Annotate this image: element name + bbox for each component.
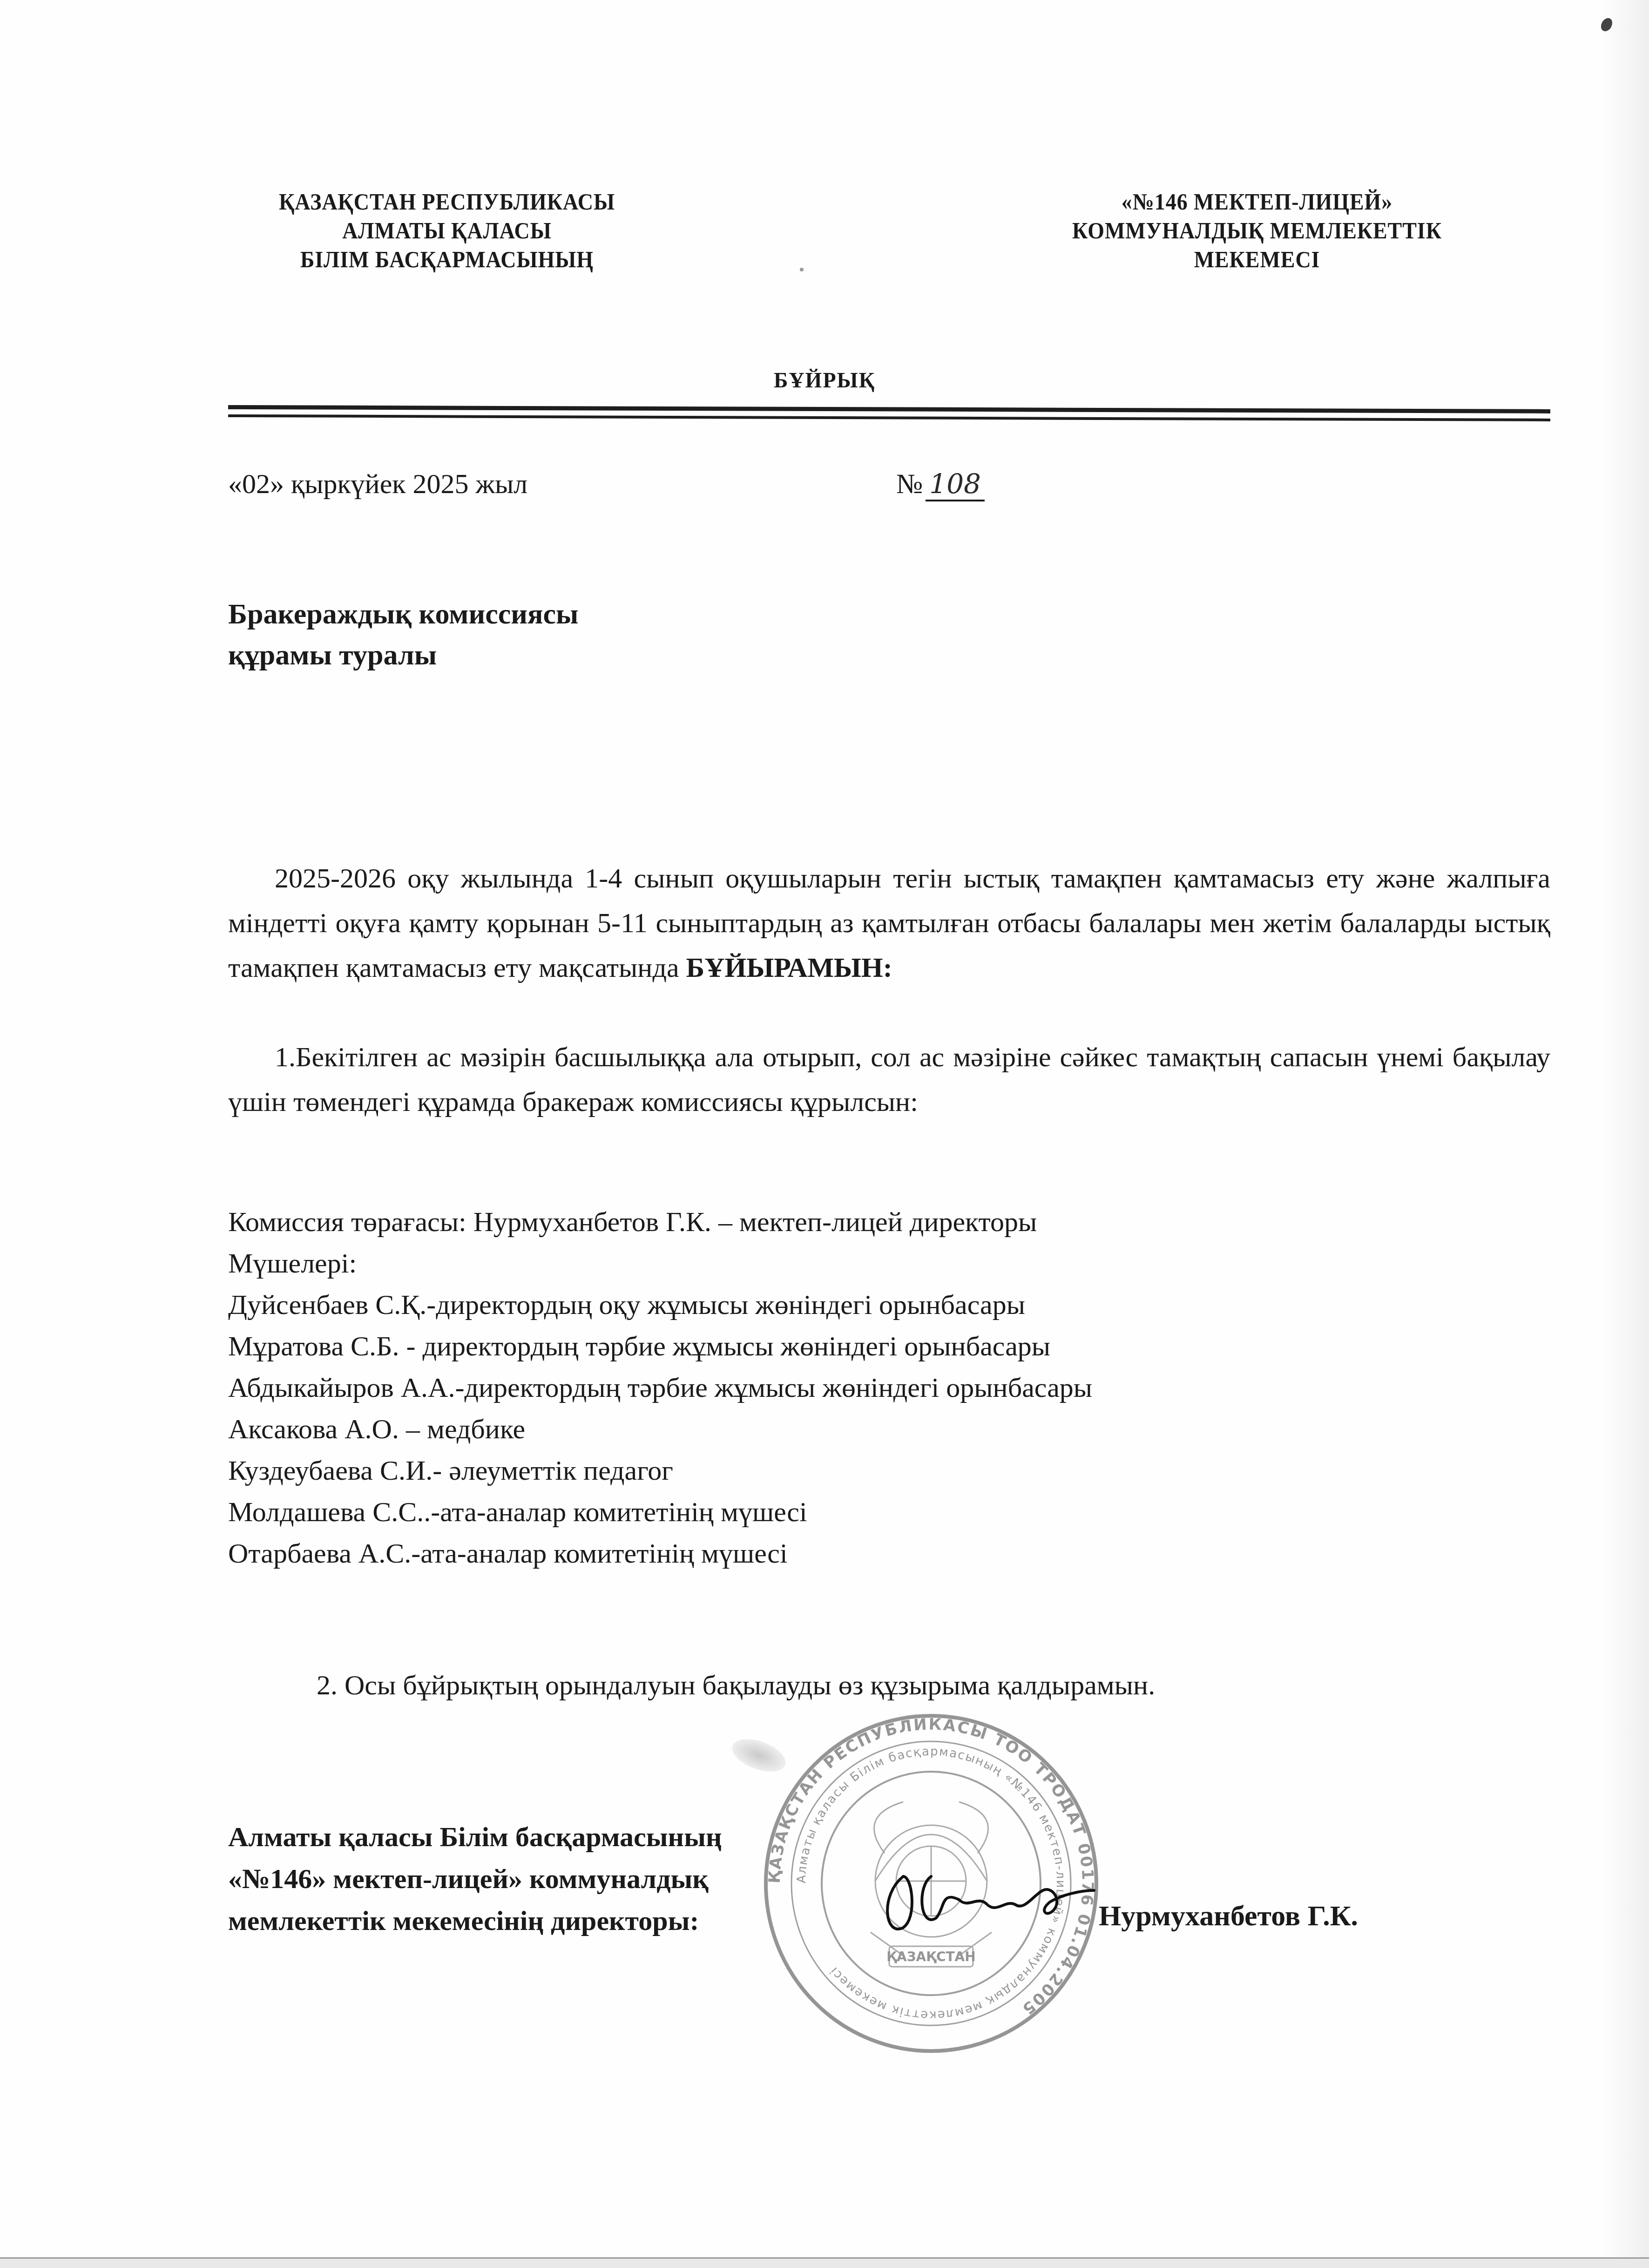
header-left-line: ҚАЗАҚСТАН РЕСПУБЛИКАСЫ	[250, 187, 644, 216]
preamble-paragraph: 2025-2026 оқу жылында 1-4 сынып оқушылар…	[228, 856, 1550, 990]
document-type-title: БҰЙРЫҚ	[0, 368, 1649, 393]
header-right-org: «№146 МЕКТЕП-ЛИЦЕЙ» КОММУНАЛДЫҚ МЕМЛЕКЕТ…	[1017, 187, 1497, 274]
number-sign: №	[896, 468, 923, 499]
commission-member: Мұратова С.Б. - директордың тәрбие жұмыс…	[228, 1326, 1092, 1367]
signatory-line: Алматы қаласы Білім басқармасының	[228, 1816, 722, 1858]
order-subject: Бракераждық комиссиясы құрамы туралы	[228, 594, 579, 676]
scanned-page: ҚАЗАҚСТАН РЕСПУБЛИКАСЫ АЛМАТЫ ҚАЛАСЫ БІЛ…	[0, 0, 1649, 2268]
scan-bottom-edge	[0, 2257, 1649, 2268]
signatory-position: Алматы қаласы Білім басқармасының «№146»…	[228, 1816, 722, 1942]
commission-chair: Комиссия төрағасы: Нурмуханбетов Г.К. – …	[228, 1201, 1092, 1243]
handwritten-signature	[875, 1858, 1117, 1951]
signatory-line: мемлекеттік мекемесінің директоры:	[228, 1900, 722, 1942]
scan-speck	[800, 268, 804, 271]
header-left-line: АЛМАТЫ ҚАЛАСЫ	[250, 216, 644, 245]
handwritten-number: 108	[926, 468, 985, 501]
commission-member: Аксакова А.О. – медбике	[228, 1408, 1092, 1450]
subject-line: Бракераждық комиссиясы	[228, 594, 579, 635]
scan-edge-shadow	[1602, 0, 1649, 2268]
item-1-paragraph: 1.Бекітілген ас мәзірін басшылыққа ала о…	[228, 1035, 1550, 1124]
header-divider-thin	[228, 414, 1550, 421]
header-right-line: МЕКЕМЕСІ	[1017, 245, 1497, 274]
header-right-line: КОММУНАЛДЫҚ МЕМЛЕКЕТТІК	[1017, 216, 1497, 245]
header-right-line: «№146 МЕКТЕП-ЛИЦЕЙ»	[1017, 187, 1497, 216]
commission-member: Дуйсенбаев С.Қ.-директордың оқу жұмысы ж…	[228, 1284, 1092, 1326]
commission-list: Комиссия төрағасы: Нурмуханбетов Г.К. – …	[228, 1201, 1092, 1574]
signatory-line: «№146» мектеп-лицей» коммуналдық	[228, 1858, 722, 1900]
header-left-org: ҚАЗАҚСТАН РЕСПУБЛИКАСЫ АЛМАТЫ ҚАЛАСЫ БІЛ…	[250, 187, 644, 274]
signatory-name: Нурмуханбетов Г.К.	[1099, 1900, 1358, 1933]
order-keyword: БҰЙЫРАМЫН:	[686, 952, 892, 983]
item-2-paragraph: 2. Осы бұйрықтың орындалуын бақылауды өз…	[317, 1669, 1155, 1701]
subject-line: құрамы туралы	[228, 635, 579, 676]
header-left-line: БІЛІМ БАСҚАРМАСЫНЫҢ	[250, 245, 644, 274]
stamp-center-label: ҚАЗАҚСТАН	[886, 1949, 975, 1964]
commission-member: Отарбаева А.С.-ата-аналар комитетінің мү…	[228, 1533, 1092, 1574]
commission-member: Абдыкайыров А.А.-директордың тәрбие жұмы…	[228, 1367, 1092, 1408]
header-divider-thick	[228, 405, 1550, 413]
commission-member: Молдашева С.С..-ата-аналар комитетінің м…	[228, 1491, 1092, 1533]
order-date: «02» қыркүйек 2025 жыл	[228, 468, 527, 500]
members-label: Мүшелері:	[228, 1243, 1092, 1284]
commission-member: Куздеубаева С.И.- әлеуметтік педагог	[228, 1450, 1092, 1491]
order-number: №108	[896, 468, 985, 501]
